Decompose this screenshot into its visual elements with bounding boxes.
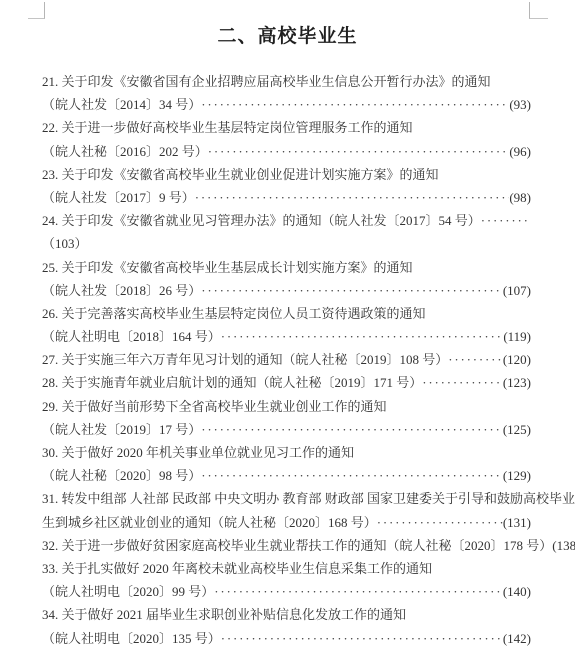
margin-mark-top-right-icon — [529, 2, 548, 19]
toc-entry-text: （皖人社发〔2014〕34 号） — [42, 93, 201, 116]
toc-entry-21-line-1: 21. 关于印发《安徽省国有企业招聘应届高校毕业生信息公开暂行办法》的通知 — [42, 70, 531, 93]
dot-leader — [221, 325, 504, 348]
section-title: 二、高校毕业生 — [0, 26, 575, 48]
toc-entry-31-line-1: 31. 转发中组部 人社部 民政部 中央文明办 教育部 财政部 国家卫建委关于引… — [42, 487, 531, 510]
toc-entry-22-line-2: （皖人社秘〔2016〕202 号）(96) — [42, 140, 531, 163]
toc-entry-24-line-1: 24. 关于印发《安徽省就业见习管理办法》的通知（皖人社发〔2017〕54 号） — [42, 209, 531, 232]
toc-entry-29-line-2: （皖人社发〔2019〕17 号）(125) — [42, 418, 531, 441]
toc-entry-text: 32. 关于进一步做好贫困家庭高校毕业生就业帮扶工作的通知（皖人社秘〔2020〕… — [42, 534, 552, 557]
toc-entry-26-line-2: （皖人社明电〔2018〕164 号）(119) — [42, 325, 531, 348]
page-number: (138) — [552, 534, 575, 557]
toc-entry-34-line-1: 34. 关于做好 2021 届毕业生求职创业补贴信息化发放工作的通知 — [42, 603, 531, 626]
toc-entry-32-line-1: 32. 关于进一步做好贫困家庭高校毕业生就业帮扶工作的通知（皖人社秘〔2020〕… — [42, 534, 531, 557]
toc-entry-text: 26. 关于完善落实高校毕业生基层特定岗位人员工资待遇政策的通知 — [42, 302, 426, 325]
dot-leader — [377, 511, 503, 534]
dot-leader — [201, 464, 503, 487]
dot-leader — [221, 627, 503, 650]
toc-entry-text: 25. 关于印发《安徽省高校毕业生基层成长计划实施方案》的通知 — [42, 256, 413, 279]
dot-leader — [448, 348, 503, 371]
page-number: (131) — [503, 511, 531, 534]
page-number: (140) — [503, 580, 531, 603]
toc-entry-text: （皖人社发〔2018〕26 号） — [42, 279, 201, 302]
dot-leader — [481, 209, 531, 232]
toc-entry-text: 31. 转发中组部 人社部 民政部 中央文明办 教育部 财政部 国家卫建委关于引… — [42, 487, 575, 510]
toc-entry-23-line-1: 23. 关于印发《安徽省高校毕业生就业创业促进计划实施方案》的通知 — [42, 163, 531, 186]
toc-entry-text: （皖人社秘〔2020〕98 号） — [42, 464, 201, 487]
page-number: (98) — [509, 186, 531, 209]
page-number: (119) — [503, 325, 531, 348]
margin-mark-top-left-icon — [28, 2, 45, 19]
toc-entry-29-line-1: 29. 关于做好当前形势下全省高校毕业生就业创业工作的通知 — [42, 395, 531, 418]
toc-entry-24-line-2: （103） — [42, 232, 531, 255]
toc-entry-text: 28. 关于实施青年就业启航计划的通知（皖人社秘〔2019〕171 号） — [42, 371, 422, 394]
toc-entry-text: 27. 关于实施三年六万青年见习计划的通知（皖人社秘〔2019〕108 号） — [42, 348, 448, 371]
toc-entry-text: （皖人社秘〔2016〕202 号） — [42, 140, 208, 163]
toc-entry-30-line-2: （皖人社秘〔2020〕98 号）(129) — [42, 464, 531, 487]
toc-entry-text: 24. 关于印发《安徽省就业见习管理办法》的通知（皖人社发〔2017〕54 号） — [42, 209, 481, 232]
page-number: (142) — [503, 627, 531, 650]
toc-entry-25-line-2: （皖人社发〔2018〕26 号）(107) — [42, 279, 531, 302]
page-number: (107) — [503, 279, 531, 302]
page-number: (129) — [503, 464, 531, 487]
page-number: (96) — [509, 140, 531, 163]
page-number: (125) — [503, 418, 531, 441]
dot-leader — [201, 418, 503, 441]
page-number: (120) — [503, 348, 531, 371]
dot-leader — [195, 186, 510, 209]
toc-entry-33-line-2: （皖人社明电〔2020〕99 号）(140) — [42, 580, 531, 603]
toc-entry-text: 33. 关于扎实做好 2020 年离校未就业高校毕业生信息采集工作的通知 — [42, 557, 432, 580]
page-number: (123) — [503, 371, 531, 394]
toc-entry-30-line-1: 30. 关于做好 2020 年机关事业单位就业见习工作的通知 — [42, 441, 531, 464]
toc-entry-text: （103） — [42, 232, 88, 255]
toc-list: 21. 关于印发《安徽省国有企业招聘应届高校毕业生信息公开暂行办法》的通知（皖人… — [42, 70, 531, 650]
toc-entry-text: 22. 关于进一步做好高校毕业生基层特定岗位管理服务工作的通知 — [42, 116, 413, 139]
toc-entry-22-line-1: 22. 关于进一步做好高校毕业生基层特定岗位管理服务工作的通知 — [42, 116, 531, 139]
toc-entry-25-line-1: 25. 关于印发《安徽省高校毕业生基层成长计划实施方案》的通知 — [42, 256, 531, 279]
toc-entry-28-line-1: 28. 关于实施青年就业启航计划的通知（皖人社秘〔2019〕171 号）(123… — [42, 371, 531, 394]
toc-entry-27-line-1: 27. 关于实施三年六万青年见习计划的通知（皖人社秘〔2019〕108 号）(1… — [42, 348, 531, 371]
toc-entry-23-line-2: （皖人社发〔2017〕9 号）(98) — [42, 186, 531, 209]
toc-entry-text: 21. 关于印发《安徽省国有企业招聘应届高校毕业生信息公开暂行办法》的通知 — [42, 70, 491, 93]
toc-entry-26-line-1: 26. 关于完善落实高校毕业生基层特定岗位人员工资待遇政策的通知 — [42, 302, 531, 325]
toc-entry-33-line-1: 33. 关于扎实做好 2020 年离校未就业高校毕业生信息采集工作的通知 — [42, 557, 531, 580]
toc-entry-text: （皖人社明电〔2020〕99 号） — [42, 580, 214, 603]
toc-entry-text: 29. 关于做好当前形势下全省高校毕业生就业创业工作的通知 — [42, 395, 387, 418]
toc-entry-text: 34. 关于做好 2021 届毕业生求职创业补贴信息化发放工作的通知 — [42, 603, 406, 626]
dot-leader — [214, 580, 503, 603]
toc-entry-text: 23. 关于印发《安徽省高校毕业生就业创业促进计划实施方案》的通知 — [42, 163, 439, 186]
dot-leader — [208, 140, 510, 163]
toc-entry-text: （皖人社发〔2019〕17 号） — [42, 418, 201, 441]
toc-entry-text: 30. 关于做好 2020 年机关事业单位就业见习工作的通知 — [42, 441, 354, 464]
page-number: (93) — [509, 93, 531, 116]
toc-entry-21-line-2: （皖人社发〔2014〕34 号）(93) — [42, 93, 531, 116]
toc-entry-text: （皖人社明电〔2020〕135 号） — [42, 627, 221, 650]
toc-entry-34-line-2: （皖人社明电〔2020〕135 号）(142) — [42, 627, 531, 650]
toc-entry-text: 生到城乡社区就业创业的通知（皖人社秘〔2020〕168 号） — [42, 511, 377, 534]
toc-entry-text: （皖人社发〔2017〕9 号） — [42, 186, 195, 209]
dot-leader — [201, 93, 509, 116]
document-page: { "page": { "section_title": "二、高校毕业生" }… — [0, 0, 575, 656]
toc-entry-text: （皖人社明电〔2018〕164 号） — [42, 325, 221, 348]
dot-leader — [422, 371, 503, 394]
dot-leader — [201, 279, 503, 302]
toc-entry-31-line-2: 生到城乡社区就业创业的通知（皖人社秘〔2020〕168 号）(131) — [42, 511, 531, 534]
